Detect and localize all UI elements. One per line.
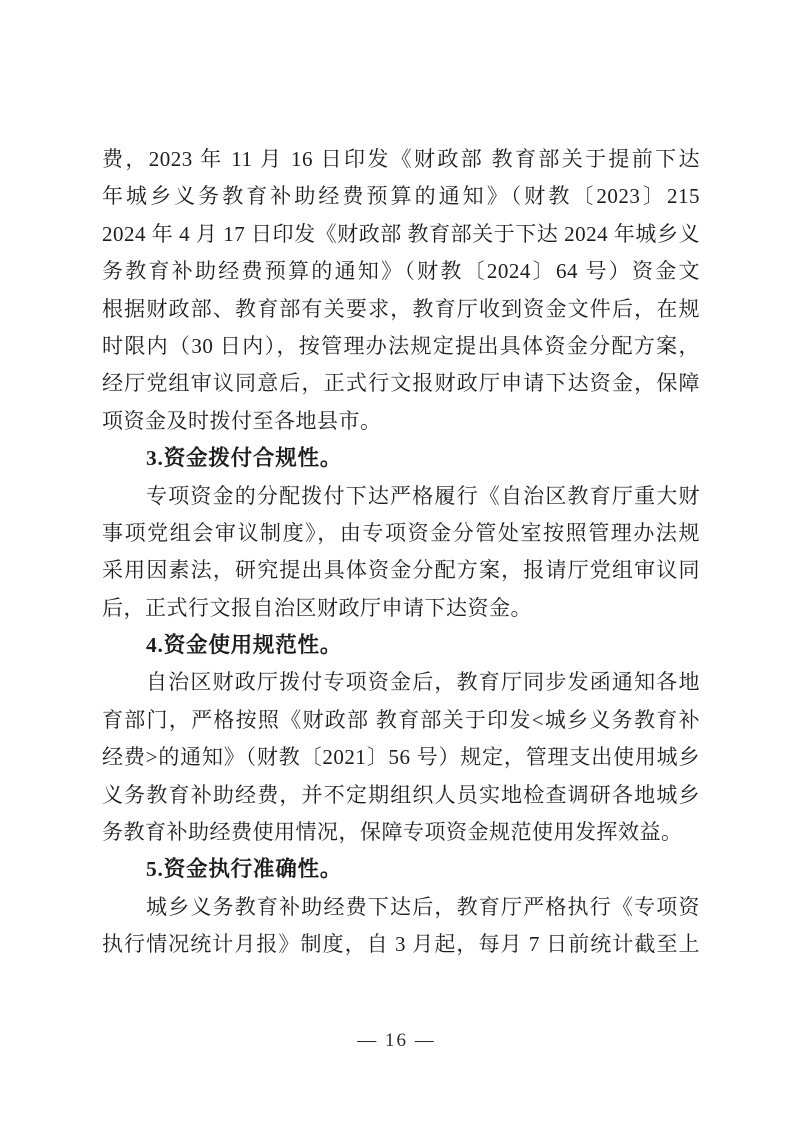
text-line: 自治区财政厅拨付专项资金后，教育厅同步发函通知各地教 [102,664,700,701]
text-line: 时限内（30 日内），按管理办法规定提出具体资金分配方案， [102,328,700,365]
text-line: 务教育补助经费使用情况，保障专项资金规范使用发挥效益。 [102,814,700,851]
text-line: 务教育补助经费预算的通知》（财教〔2024〕64 号）资金文件。 [102,253,700,290]
text-line: 经费>的通知》（财教〔2021〕56 号）规定，管理支出使用城乡 [102,739,700,776]
text-line: 执行情况统计月报》制度，自 3 月起，每月 7 日前统计截至上月 [102,926,700,963]
text-line: 项资金及时拨付至各地县市。 [102,403,700,440]
text-line: 2024 年 4 月 17 日印发《财政部 教育部关于下达 2024 年城乡义 [102,216,700,253]
text-line: 费，2023 年 11 月 16 日印发《财政部 教育部关于提前下达 2024 [102,141,700,178]
section-heading: 4.资金使用规范性。 [102,627,700,664]
text-line: 根据财政部、教育部有关要求，教育厅收到资金文件后，在规定 [102,291,700,328]
section-heading: 3.资金拨付合规性。 [102,440,700,477]
text-line: 专项资金的分配拨付下达严格履行《自治区教育厅重大财经 [102,478,700,515]
text-line: 义务教育补助经费，并不定期组织人员实地检查调研各地城乡义 [102,777,700,814]
page-number: — 16 — [0,1028,793,1054]
text-line: 后，正式行文报自治区财政厅申请下达资金。 [102,590,700,627]
text-line: 城乡义务教育补助经费下达后，教育厅严格执行《专项资金 [102,889,700,926]
text-line: 年城乡义务教育补助经费预算的通知》（财教〔2023〕215 号）， [102,178,700,215]
text-line: 育部门，严格按照《财政部 教育部关于印发<城乡义务教育补助 [102,702,700,739]
document-text-block: 费，2023 年 11 月 16 日印发《财政部 教育部关于提前下达 2024 … [102,141,700,964]
text-line: 经厅党组审议同意后，正式行文报财政厅申请下达资金，保障专 [102,365,700,402]
section-heading: 5.资金执行准确性。 [102,851,700,888]
document-page: 费，2023 年 11 月 16 日印发《财政部 教育部关于提前下达 2024 … [0,0,793,1122]
text-line: 采用因素法，研究提出具体资金分配方案，报请厅党组审议同意 [102,552,700,589]
text-line: 事项党组会审议制度》，由专项资金分管处室按照管理办法规定， [102,515,700,552]
